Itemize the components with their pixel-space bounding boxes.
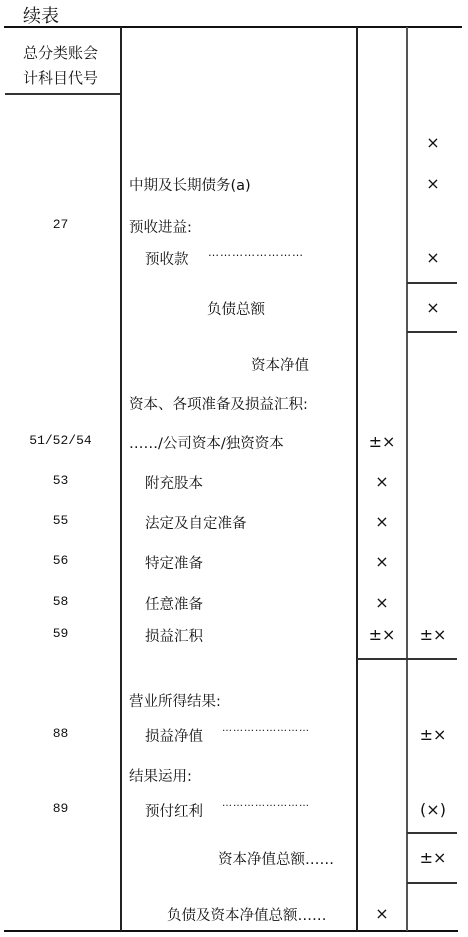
row-mark-col3: ±× bbox=[358, 625, 406, 644]
row-mark-col4: × bbox=[408, 174, 458, 193]
row-label: 预收款 bbox=[145, 248, 189, 269]
rule-liabilities-bottom bbox=[407, 331, 457, 333]
row-code: 27 bbox=[0, 217, 121, 232]
row-label: ……/公司资本/独资资本 bbox=[129, 432, 284, 453]
row-code: 51/52/54 bbox=[0, 433, 121, 448]
row-leader-dots: …………………… bbox=[208, 246, 304, 259]
row-code: 55 bbox=[0, 513, 121, 528]
row-leader-dots: …………………… bbox=[222, 798, 310, 809]
rule-capital-subtotal bbox=[357, 658, 457, 660]
row-mark-col3: × bbox=[358, 904, 406, 923]
header-account-code-line2: 计科目代号 bbox=[0, 67, 121, 88]
row-code: 88 bbox=[0, 726, 121, 741]
row-mark-col3: ±× bbox=[358, 432, 406, 451]
row-mark-col4: (×) bbox=[408, 800, 458, 819]
table-continued-title: 续表 bbox=[23, 2, 59, 28]
row-code: 59 bbox=[0, 626, 121, 641]
header-account-code-line1: 总分类账会 bbox=[0, 42, 121, 63]
row-mark-col3: × bbox=[358, 512, 406, 531]
row-mark-col3: × bbox=[358, 552, 406, 571]
row-label: 中期及长期债务(a) bbox=[129, 174, 251, 195]
table-top-rule bbox=[4, 26, 462, 28]
rule-networth-bottom bbox=[407, 882, 457, 884]
row-label-liabilities-total: 负债总额 bbox=[207, 298, 265, 319]
row-leader-dots: …………………… bbox=[222, 723, 310, 734]
row-label: 损益汇积 bbox=[145, 625, 203, 646]
row-label: 法定及自定准备 bbox=[145, 512, 247, 533]
row-code: 53 bbox=[0, 473, 121, 488]
row-label: 结果运用: bbox=[129, 765, 192, 786]
row-label: 特定准备 bbox=[145, 552, 203, 573]
row-label: 资本、各项准备及损益汇积: bbox=[129, 393, 308, 414]
header-divider bbox=[5, 93, 121, 95]
row-mark-col3: × bbox=[358, 593, 406, 612]
row-label: 预付红利 bbox=[145, 800, 203, 821]
row-label: 任意准备 bbox=[145, 593, 203, 614]
row-code: 89 bbox=[0, 801, 121, 816]
row-code: 56 bbox=[0, 553, 121, 568]
table-bottom-rule bbox=[4, 930, 458, 932]
row-label: 附充股本 bbox=[145, 472, 203, 493]
row-label-grand-total: 负债及资本净值总额…… bbox=[167, 904, 327, 925]
row-label: 营业所得结果: bbox=[129, 690, 221, 711]
row-label-net-worth-total: 资本净值总额…… bbox=[218, 848, 334, 869]
row-mark-col4: ±× bbox=[408, 848, 458, 867]
col-divider-3 bbox=[406, 27, 408, 931]
row-mark-col4: × bbox=[408, 248, 458, 267]
rule-liabilities-top bbox=[407, 282, 457, 284]
row-mark-col4: × bbox=[408, 133, 458, 152]
row-mark-col4: × bbox=[408, 298, 458, 317]
row-label: 损益净值 bbox=[145, 725, 203, 746]
row-label: 预收进益: bbox=[129, 216, 192, 237]
section-heading-net-worth: 资本净值 bbox=[251, 354, 309, 375]
row-code: 58 bbox=[0, 594, 121, 609]
row-mark-col4: ±× bbox=[408, 625, 458, 644]
row-mark-col4: ±× bbox=[408, 725, 458, 744]
row-mark-col3: × bbox=[358, 472, 406, 491]
rule-networth-top bbox=[407, 832, 457, 834]
